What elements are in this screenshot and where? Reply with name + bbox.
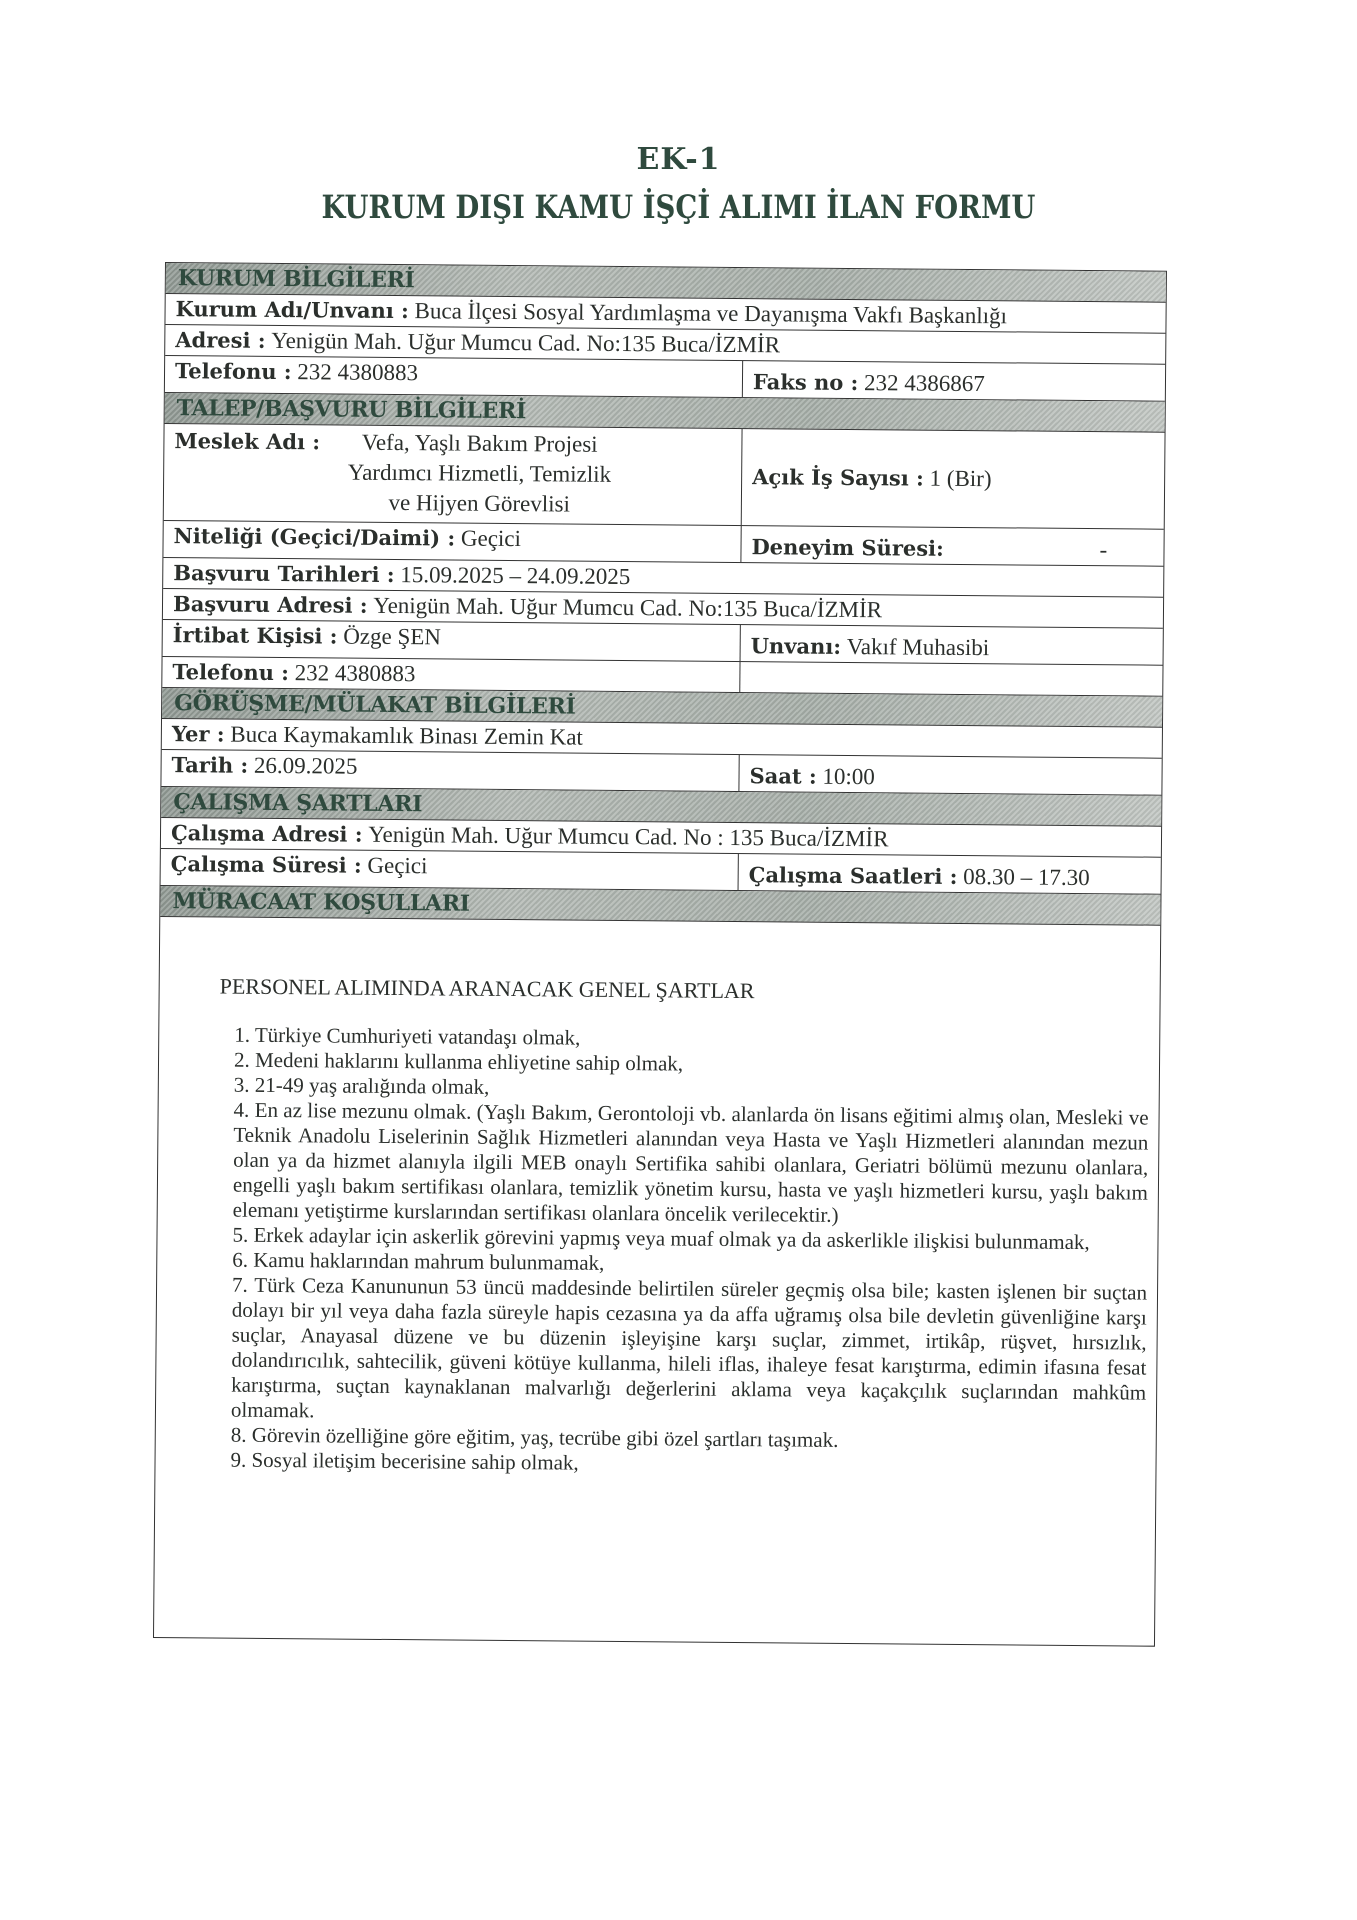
contact-person-value: Özge ŞEN xyxy=(343,624,441,650)
requirement-item: 7. Türk Ceza Kanununun 53 üncü maddesind… xyxy=(231,1273,1147,1431)
open-positions-label: Açık İş Sayısı : xyxy=(752,462,924,493)
institution-address-label: Adresi : xyxy=(175,327,265,353)
interview-date-value: 26.09.2025 xyxy=(254,753,358,779)
interview-time-value: 10:00 xyxy=(822,764,875,789)
institution-name-value: Buca İlçesi Sosyal Yardımlaşma ve Dayanı… xyxy=(414,298,1007,328)
institution-phone-label: Telefonu : xyxy=(175,358,292,384)
application-address-label: Başvuru Adresi : xyxy=(173,591,368,618)
occupation-label: Meslek Adı : xyxy=(174,426,320,457)
requirements-list: 1. Türkiye Cumhuriyeti vatandaşı olmak, … xyxy=(230,1023,1149,1481)
conditions-box: PERSONEL ALIMINDA ARANACAK GENEL ŞARTLAR… xyxy=(154,917,1160,1646)
application-dates-label: Başvuru Tarihleri : xyxy=(173,560,394,587)
work-duration-cell: Çalışma Süresi : Geçici xyxy=(161,849,739,890)
interview-date-label: Tarih : xyxy=(172,752,249,778)
general-requirements-title: PERSONEL ALIMINDA ARANACAK GENEL ŞARTLAR xyxy=(220,974,755,1005)
contact-person-label: İrtibat Kişisi : xyxy=(173,622,338,648)
occupation-value: Vefa, Yaşlı Bakım Projesi Yardımcı Hizme… xyxy=(347,428,611,520)
contact-phone-empty-cell xyxy=(740,662,1162,696)
interview-place-value: Buca Kaymakamlık Binası Zemin Kat xyxy=(230,722,583,750)
contact-phone-label: Telefonu : xyxy=(172,659,289,685)
interview-date-cell: Tarih : 26.09.2025 xyxy=(161,750,739,791)
contact-person-cell: İrtibat Kişisi : Özge ŞEN xyxy=(163,620,741,661)
experience-cell: Deneyim Süresi: - xyxy=(741,526,1163,566)
institution-address-value: Yenigün Mah. Uğur Mumcu Cad. No:135 Buca… xyxy=(271,328,780,357)
institution-phone-value: 232 4380883 xyxy=(297,359,418,385)
experience-value: - xyxy=(1099,537,1107,562)
contact-phone-cell: Telefonu : 232 4380883 xyxy=(162,657,740,692)
form-title: KURUM DIŞI KAMU İŞÇİ ALIMI İLAN FORMU xyxy=(95,184,1262,230)
occupation-row: Meslek Adı : Vefa, Yaşlı Bakım Projesi Y… xyxy=(164,424,1165,530)
work-duration-label: Çalışma Süresi : xyxy=(171,851,362,878)
occupation-line: Vefa, Yaşlı Bakım Projesi xyxy=(348,428,612,460)
work-duration-value: Geçici xyxy=(367,853,427,879)
work-hours-value: 08.30 – 17.30 xyxy=(963,864,1090,890)
institution-phone-cell: Telefonu : 232 4380883 xyxy=(165,356,743,397)
requirement-item: 4. En az lise mezunu olmak. (Yaşlı Bakım… xyxy=(233,1098,1149,1231)
application-dates-value: 15.09.2025 – 24.09.2025 xyxy=(400,562,630,589)
nature-label: Niteliği (Geçici/Daimi) : xyxy=(174,523,456,550)
experience-label: Deneyim Süresi: xyxy=(751,534,944,561)
contact-title-cell: Unvanı: Vakıf Muhasibi xyxy=(741,625,1163,665)
nature-value: Geçici xyxy=(461,526,521,552)
interview-place-label: Yer : xyxy=(172,721,225,746)
open-positions-cell: Açık İş Sayısı : 1 (Bir) xyxy=(742,429,1165,529)
occupation-cell: Meslek Adı : Vefa, Yaşlı Bakım Projesi Y… xyxy=(164,424,743,525)
work-address-label: Çalışma Adresi : xyxy=(171,820,363,847)
contact-phone-value: 232 4380883 xyxy=(295,660,416,686)
nature-cell: Niteliği (Geçici/Daimi) : Geçici xyxy=(163,521,741,562)
contact-title-label: Unvanı: xyxy=(751,633,842,659)
occupation-line: Yardımcı Hizmetli, Temizlik xyxy=(348,458,612,490)
annex-label: EK-1 xyxy=(0,140,1357,180)
interview-time-cell: Saat : 10:00 xyxy=(739,755,1161,795)
announcement-form-table: KURUM BİLGİLERİ Kurum Adı/Unvanı : Buca … xyxy=(153,262,1167,1647)
institution-fax-cell: Faks no : 232 4386867 xyxy=(743,361,1165,401)
interview-time-label: Saat : xyxy=(749,763,816,789)
institution-fax-label: Faks no : xyxy=(753,369,859,395)
open-positions-value: 1 (Bir) xyxy=(929,464,991,495)
application-address-value: Yenigün Mah. Uğur Mumcu Cad. No:135 Buca… xyxy=(373,593,882,622)
work-address-value: Yenigün Mah. Uğur Mumcu Cad. No : 135 Bu… xyxy=(368,822,888,852)
page-header: EK-1 KURUM DIŞI KAMU İŞÇİ ALIMI İLAN FOR… xyxy=(0,140,1357,230)
contact-title-value: Vakıf Muhasibi xyxy=(847,634,990,660)
institution-name-label: Kurum Adı/Unvanı : xyxy=(175,296,408,323)
institution-fax-value: 232 4386867 xyxy=(864,370,985,396)
occupation-line: ve Hijyen Görevlisi xyxy=(347,488,611,520)
work-hours-label: Çalışma Saatleri : xyxy=(749,862,958,889)
work-hours-cell: Çalışma Saatleri : 08.30 – 17.30 xyxy=(739,854,1161,894)
